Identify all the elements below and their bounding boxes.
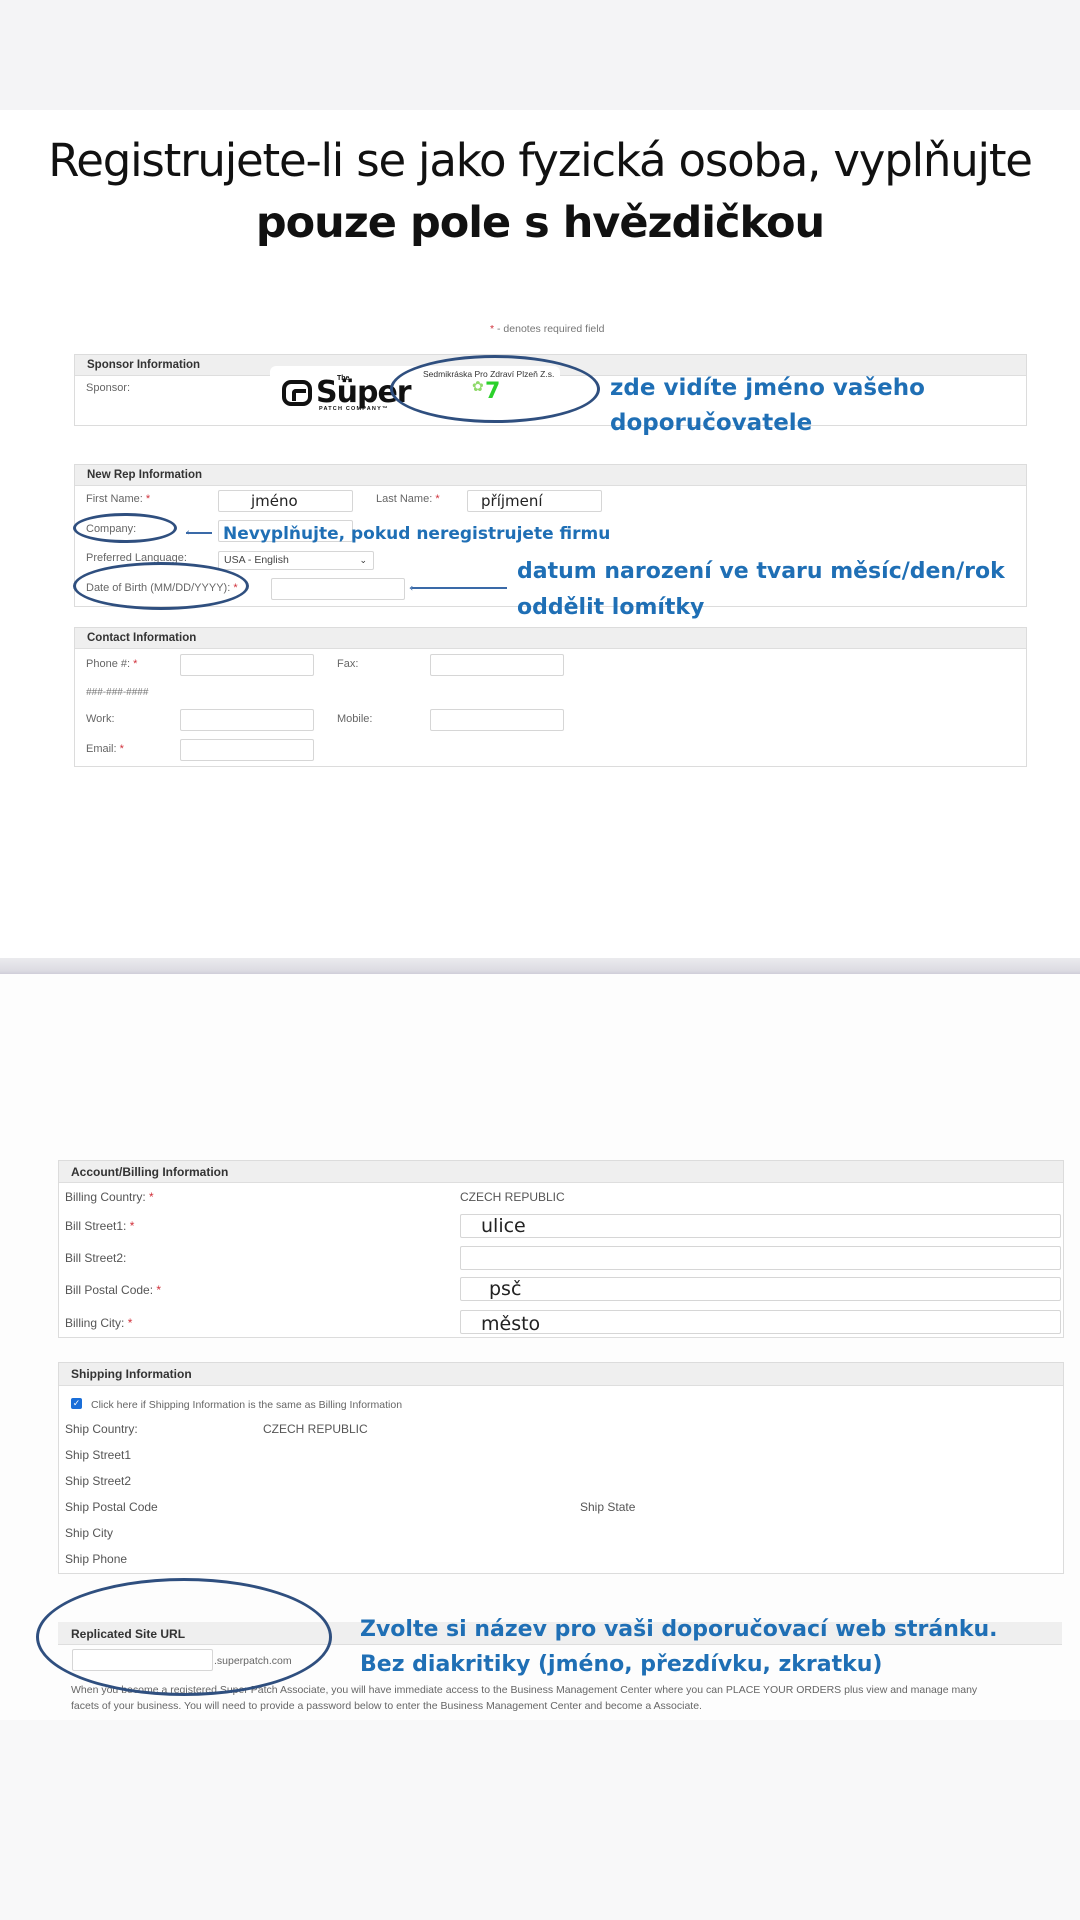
phone-input[interactable] bbox=[180, 654, 314, 676]
company-note: Nevyplňujte, pokud neregistrujete firmu bbox=[223, 524, 610, 544]
ship-country-label: Ship Country: bbox=[65, 1422, 138, 1436]
first-name-value: jméno bbox=[219, 491, 352, 511]
same-as-billing-label: Click here if Shipping Information is th… bbox=[91, 1399, 402, 1411]
language-select-value: USA - English bbox=[224, 554, 289, 566]
dob-input[interactable] bbox=[271, 578, 405, 600]
ship-country-value: CZECH REPUBLIC bbox=[263, 1422, 368, 1436]
highlight-ellipse-company bbox=[73, 513, 177, 543]
bill-postal-value: psč bbox=[461, 1278, 1060, 1300]
required-star: * bbox=[120, 743, 124, 755]
fax-input[interactable] bbox=[430, 654, 564, 676]
required-note-text: - denotes required field bbox=[497, 323, 604, 335]
last-name-input[interactable]: příjmení bbox=[467, 490, 602, 512]
billing-city-input[interactable]: město bbox=[460, 1310, 1061, 1334]
required-star: * bbox=[156, 1283, 161, 1297]
super-patch-logo-icon bbox=[282, 380, 312, 406]
ship-street2-label: Ship Street2 bbox=[65, 1474, 131, 1488]
bill-street1-value: ulice bbox=[461, 1215, 1060, 1237]
logo-sub: PATCH COMPANY™ bbox=[319, 406, 389, 412]
last-name-label: Last Name: * bbox=[376, 493, 440, 505]
mobile-label: Mobile: bbox=[337, 713, 372, 725]
replicated-info-line2: facets of your business. You will need t… bbox=[71, 1698, 1061, 1714]
last-name-label-text: Last Name: bbox=[376, 493, 432, 505]
ship-phone-label: Ship Phone bbox=[65, 1552, 127, 1566]
required-star: * bbox=[130, 1219, 135, 1233]
ship-state-label: Ship State bbox=[580, 1500, 635, 1514]
phone-format-hint: ###-###-#### bbox=[86, 687, 148, 698]
slide-title-line1: Registrujete-li se jako fyzická osoba, v… bbox=[0, 134, 1080, 187]
bill-street2-label: Bill Street2: bbox=[65, 1251, 126, 1265]
billing-country-label: Billing Country: * bbox=[65, 1190, 154, 1204]
screenshot-divider bbox=[0, 958, 1080, 974]
slide-title-line2: pouze pole s hvězdičkou bbox=[0, 198, 1080, 248]
required-star: * bbox=[128, 1316, 133, 1330]
required-star: * bbox=[435, 493, 439, 505]
contact-header: Contact Information bbox=[75, 628, 1026, 649]
shipping-panel: Shipping Information bbox=[58, 1362, 1064, 1574]
bill-postal-input[interactable]: psč bbox=[460, 1277, 1061, 1301]
highlight-ellipse-url bbox=[36, 1578, 332, 1696]
arrow-head-icon: ← bbox=[183, 522, 199, 540]
billing-city-label: Billing City: * bbox=[65, 1316, 132, 1330]
top-band bbox=[0, 0, 1080, 110]
shipping-header: Shipping Information bbox=[59, 1363, 1063, 1386]
ship-city-label: Ship City bbox=[65, 1526, 113, 1540]
highlight-ellipse-sponsor bbox=[390, 355, 600, 423]
required-star: * bbox=[490, 323, 494, 335]
bill-postal-label: Bill Postal Code: * bbox=[65, 1283, 161, 1297]
bottom-band bbox=[0, 1720, 1080, 1920]
fax-label: Fax: bbox=[337, 658, 358, 670]
email-input[interactable] bbox=[180, 739, 314, 761]
required-star: * bbox=[146, 493, 150, 505]
billing-country-label-text: Billing Country: bbox=[65, 1190, 146, 1204]
email-label: Email: * bbox=[86, 743, 124, 755]
required-star: * bbox=[149, 1190, 154, 1204]
sponsor-note-line2: doporučovatele bbox=[610, 410, 812, 436]
arrow-left-dob bbox=[412, 587, 507, 589]
same-as-billing-checkbox[interactable]: ✓ bbox=[71, 1398, 82, 1409]
new-rep-header: New Rep Information bbox=[75, 465, 1026, 486]
phone-label: Phone #: * bbox=[86, 658, 137, 670]
url-note-line2: Bez diakritiky (jméno, přezdívku, zkratk… bbox=[360, 1652, 883, 1677]
first-name-input[interactable]: jméno bbox=[218, 490, 353, 512]
arrow-head-icon: ← bbox=[406, 575, 424, 596]
dob-note-line2: oddělit lomítky bbox=[517, 595, 704, 620]
first-name-label: First Name: * bbox=[86, 493, 150, 505]
required-note: * - denotes required field bbox=[490, 323, 604, 335]
work-input[interactable] bbox=[180, 709, 314, 731]
bill-postal-label-text: Bill Postal Code: bbox=[65, 1283, 153, 1297]
billing-city-value: město bbox=[461, 1311, 1060, 1337]
sponsor-label: Sponsor: bbox=[86, 382, 130, 394]
url-note-line1: Zvolte si název pro vaši doporučovací we… bbox=[360, 1617, 998, 1642]
ship-postal-label: Ship Postal Code bbox=[65, 1500, 158, 1514]
bill-street1-label-text: Bill Street1: bbox=[65, 1219, 126, 1233]
billing-header: Account/Billing Information bbox=[59, 1161, 1063, 1183]
bill-street1-label: Bill Street1: * bbox=[65, 1219, 134, 1233]
language-select[interactable]: USA - English ⌄ bbox=[218, 551, 374, 570]
email-label-text: Email: bbox=[86, 743, 117, 755]
bill-street1-input[interactable]: ulice bbox=[460, 1214, 1061, 1238]
sponsor-note-line1: zde vidíte jméno vašeho bbox=[610, 375, 925, 401]
billing-city-label-text: Billing City: bbox=[65, 1316, 124, 1330]
work-label: Work: bbox=[86, 713, 115, 725]
first-name-label-text: First Name: bbox=[86, 493, 143, 505]
dob-note-line1: datum narození ve tvaru měsíc/den/rok bbox=[517, 559, 1005, 584]
highlight-ellipse-dob bbox=[73, 562, 249, 610]
chevron-down-icon: ⌄ bbox=[359, 552, 367, 569]
billing-country-value: CZECH REPUBLIC bbox=[460, 1190, 565, 1204]
ship-street1-label: Ship Street1 bbox=[65, 1448, 131, 1462]
mobile-input[interactable] bbox=[430, 709, 564, 731]
required-star: * bbox=[133, 658, 137, 670]
bill-street2-input[interactable] bbox=[460, 1246, 1061, 1270]
last-name-value: příjmení bbox=[468, 491, 601, 511]
phone-label-text: Phone #: bbox=[86, 658, 130, 670]
